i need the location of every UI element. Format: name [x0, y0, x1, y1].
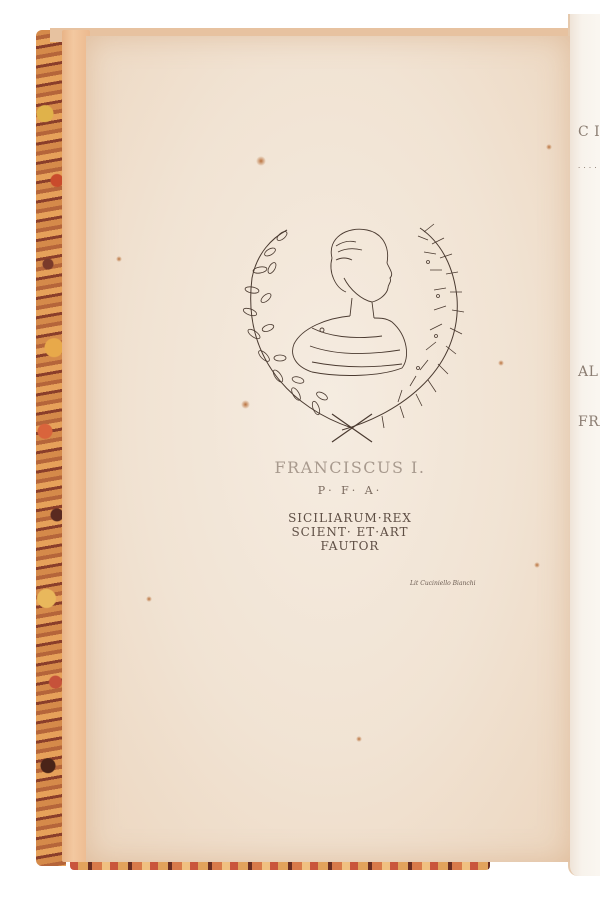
facing-fragment-2: AL — [578, 364, 598, 380]
facing-fragment-1: C I — [578, 124, 600, 140]
facing-title-page: C I · · · · AL FRA — [568, 14, 600, 876]
lithographer-credit: Lit Cuciniello Bianchi — [410, 580, 476, 587]
facing-fragment-3: FRA — [578, 414, 600, 430]
frontispiece-page — [86, 36, 570, 862]
frontispiece-abbreviation: P· F· A· — [220, 484, 480, 497]
frontispiece-title: FRANCISCUS I. — [220, 458, 480, 477]
frontispiece-line-2: SCIENT· ET·ART — [220, 525, 480, 539]
frontispiece-line-1: SICILIARUM·REX — [220, 511, 480, 525]
foxing-spot — [534, 562, 540, 568]
foxing-spot — [546, 144, 552, 150]
foxing-spot — [116, 256, 122, 262]
foxing-spot — [498, 360, 504, 366]
foxing-spot — [256, 156, 266, 166]
portrait-engraving — [232, 218, 478, 444]
book-photo: C I · · · · AL FRA — [0, 0, 600, 900]
foxing-spot — [146, 596, 152, 602]
frontispiece-line-3: FAUTOR — [220, 539, 480, 553]
facing-line: · · · · — [578, 164, 597, 172]
foxing-spot — [356, 736, 362, 742]
